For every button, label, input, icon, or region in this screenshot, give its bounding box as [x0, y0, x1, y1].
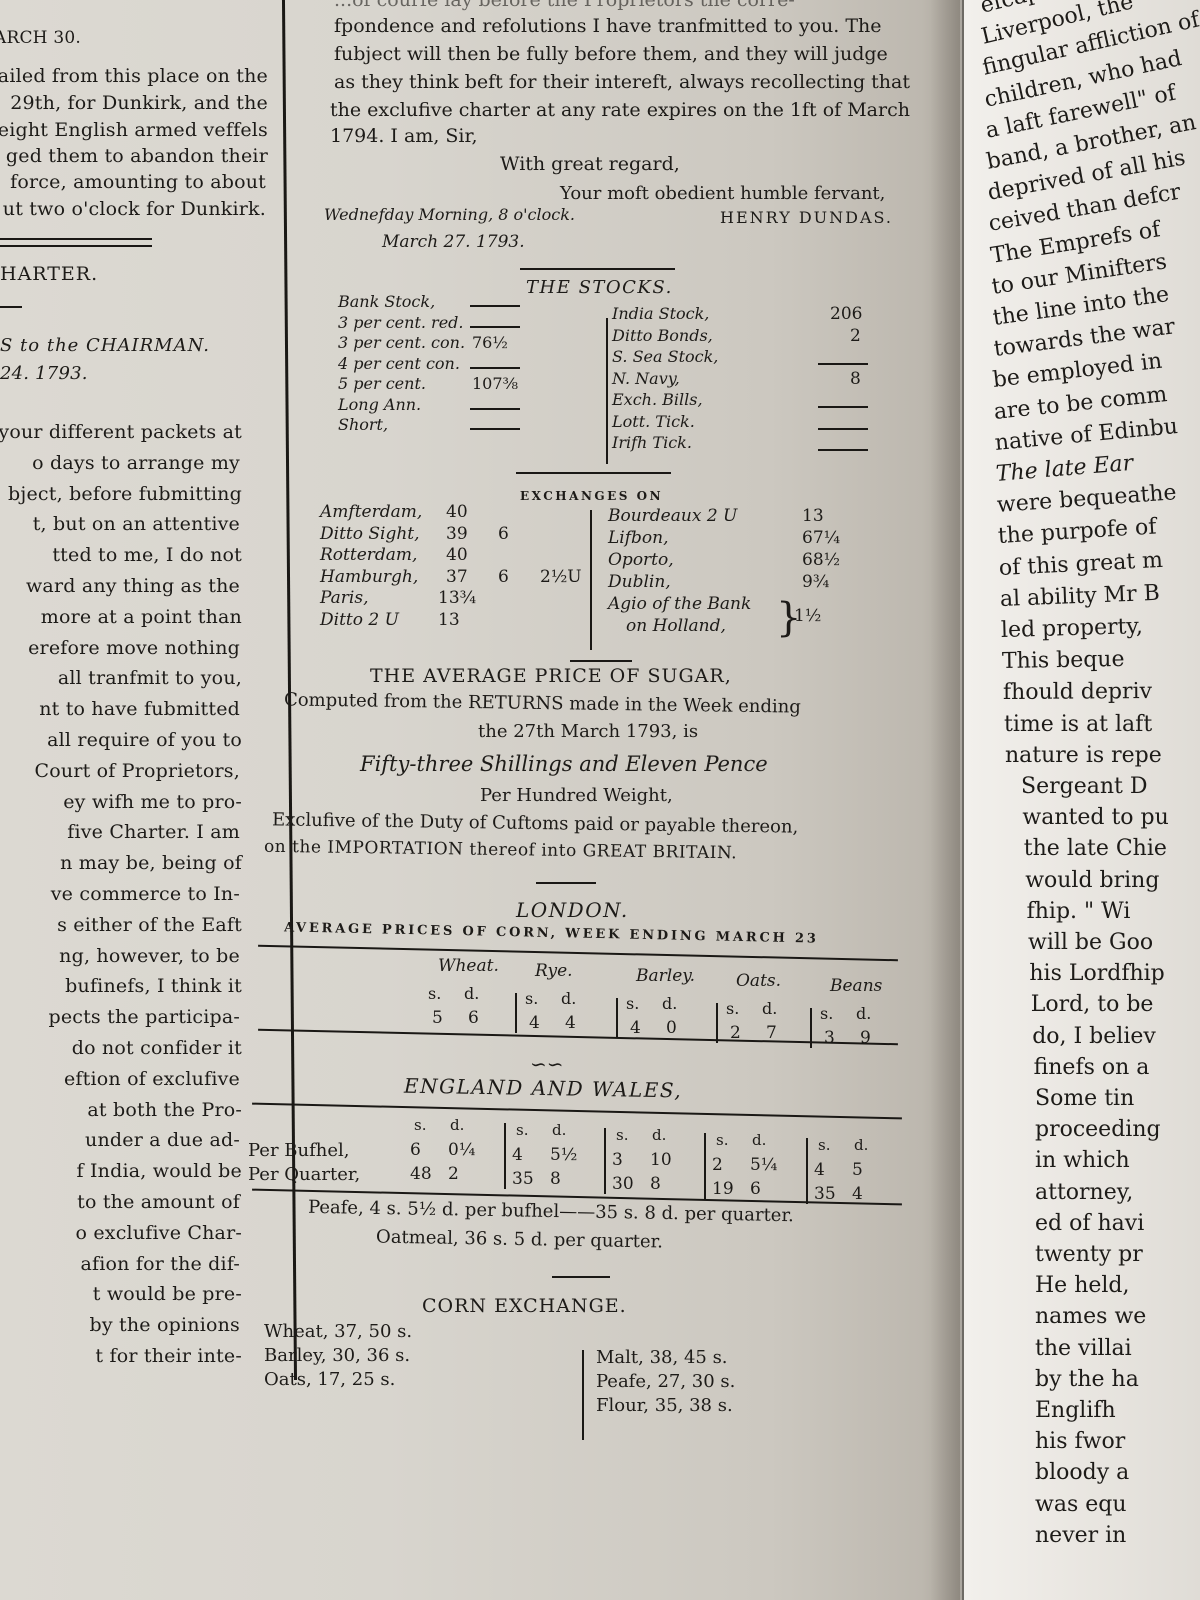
shillings-value: 4: [814, 1160, 825, 1180]
exchange-value: 6: [498, 524, 509, 544]
exchange-place: Agio of the Bank: [608, 594, 751, 614]
unit-pence: d.: [464, 984, 479, 1003]
text-line: bufinefs, I think it: [65, 974, 242, 998]
text-line: his fwor: [1035, 1429, 1125, 1455]
sugar-title: THE AVERAGE PRICE OF SUGAR,: [370, 664, 732, 688]
text-line: more at a point than: [41, 605, 242, 629]
unit-pence: d.: [762, 999, 777, 1018]
stock-value: 107⅜: [472, 374, 518, 393]
grain-header: Oats.: [736, 971, 781, 991]
text-line: The late Ear: [995, 451, 1134, 488]
text-line: n may be, being of: [60, 851, 242, 875]
text-line: proceeding: [1035, 1117, 1161, 1143]
unit-shillings: s.: [820, 1004, 833, 1023]
text-line: ve commerce to In-: [51, 882, 240, 906]
letter-heading: S to the CHAIRMAN.: [0, 334, 210, 358]
exchange-place: Rotterdam,: [320, 545, 417, 565]
text-line: nature is repe: [1005, 743, 1162, 769]
corn-exchange-divider: [582, 1350, 584, 1440]
text-line: o exclufive Char-: [75, 1221, 242, 1245]
stock-name: India Stock,: [612, 304, 709, 323]
exchange-place: Bourdeaux 2 U: [608, 506, 737, 526]
text-line: at both the Pro-: [87, 1098, 242, 1122]
unit-shillings: s.: [516, 1121, 528, 1139]
grain-header: Barley.: [636, 966, 695, 986]
text-line: Sergeant D: [1021, 774, 1147, 800]
exchange-place: Ditto Sight,: [320, 524, 420, 544]
pence-value: 9: [860, 1028, 871, 1048]
letter-line: fubject will then be fully before them, …: [334, 42, 888, 66]
pence-value: 4: [565, 1013, 576, 1033]
text-line: ailed from this place on the: [0, 64, 268, 88]
sugar-unit: Per Hundred Weight,: [480, 784, 673, 808]
shillings-value: 3: [612, 1150, 623, 1170]
text-line: pects the participa-: [48, 1005, 240, 1029]
dateline: ARCH 30.: [0, 26, 81, 50]
exchange-place: Oporto,: [608, 550, 674, 570]
text-line: afion for the dif-: [80, 1252, 240, 1276]
text-line: all tranfmit to you,: [58, 666, 242, 690]
text-line: of this great m: [998, 547, 1163, 581]
stock-name: Bank Stock,: [338, 292, 435, 311]
right-column: efcapedLiverpool, thefingular affliction…: [975, 0, 1200, 1600]
unit-pence: d.: [652, 1126, 666, 1144]
london-top-rule: [536, 882, 596, 884]
pence-value: 5¼: [750, 1155, 777, 1175]
pence-value: 0¼: [448, 1140, 475, 1160]
stock-name: 3 per cent. con.: [338, 333, 465, 352]
exchange-value: 39: [446, 524, 468, 544]
exchange-place: Ditto 2 U: [320, 610, 399, 630]
text-line: s either of the Eaft: [57, 913, 242, 937]
text-line: Court of Proprietors,: [35, 759, 241, 783]
stock-name: 5 per cent.: [338, 374, 426, 393]
corn-exchange-item: Malt, 38, 45 s.: [596, 1346, 728, 1370]
exchange-place: Hamburgh,: [320, 567, 418, 587]
exchange-value: 13: [438, 610, 460, 630]
text-line: the late Chie: [1024, 836, 1167, 862]
corn-exchange-top-rule: [552, 1276, 610, 1278]
text-line: ward any thing as the: [26, 574, 240, 598]
text-line: time is at laft: [1004, 712, 1152, 738]
stock-dash: [470, 367, 520, 369]
text-line: by the ha: [1035, 1367, 1139, 1393]
text-line: t would be pre-: [93, 1282, 242, 1306]
sugar-price: Fifty-three Shillings and Eleven Pence: [360, 752, 768, 776]
text-line: Some tin: [1035, 1086, 1134, 1112]
stock-value: 76½: [472, 333, 508, 352]
corn-exchange-item: Barley, 30, 36 s.: [264, 1344, 410, 1368]
exchange-value: 2½U: [540, 567, 582, 587]
letter-signature: HENRY DUNDAS.: [720, 206, 893, 230]
exchange-place: Paris,: [320, 588, 369, 608]
text-line: eftion of exclufive: [64, 1067, 240, 1091]
corn-exchange-item: Oats, 17, 25 s.: [264, 1368, 395, 1392]
text-line: all require of you to: [47, 728, 242, 752]
unit-pence: d.: [662, 994, 677, 1013]
unit-shillings: s.: [726, 999, 739, 1018]
section-short-rule: [0, 306, 22, 308]
text-line: fhould depriv: [1003, 679, 1152, 706]
text-line: were bequeathe: [996, 480, 1177, 519]
shillings-value: 3: [824, 1028, 835, 1048]
stock-dash: [470, 326, 520, 328]
letter-line: as they think beft for their intereft, a…: [334, 70, 910, 94]
stock-dash: [470, 305, 520, 307]
text-line: bject, before fubmitting: [8, 482, 242, 506]
shillings-value: 4: [512, 1145, 523, 1165]
stocks-divider: [606, 318, 608, 464]
text-line: attorney,: [1035, 1180, 1133, 1206]
shillings-value: 35: [512, 1169, 534, 1189]
pence-value: 0: [666, 1018, 677, 1038]
text-line: will be Goo: [1028, 930, 1153, 956]
table-column-divider: [504, 1123, 506, 1189]
text-line: to the amount of: [77, 1190, 240, 1214]
letter-line: fpondence and refolutions I have tranfmi…: [334, 14, 882, 38]
corn-exchange-item: Peafe, 27, 30 s.: [596, 1370, 735, 1394]
pence-value: 5½: [550, 1145, 577, 1165]
letter-date: March 27. 1793.: [382, 230, 525, 254]
table-column-divider: [716, 1003, 718, 1043]
text-line: ut two o'clock for Dunkirk.: [3, 197, 266, 221]
pence-value: 6: [750, 1179, 761, 1199]
section-title: HARTER.: [0, 262, 98, 286]
text-line: his Lordfhip: [1029, 961, 1164, 987]
letter-closing: With great regard,: [500, 152, 680, 176]
text-line: in which: [1035, 1148, 1130, 1174]
stock-name: Long Ann.: [338, 395, 421, 414]
exchange-place: on Holland,: [626, 616, 726, 636]
text-line: bloody a: [1035, 1460, 1129, 1486]
text-line: nt to have fubmitted: [39, 697, 240, 721]
shillings-value: 5: [432, 1008, 443, 1028]
grain-header: Wheat.: [438, 956, 499, 976]
oatmeal-line: Oatmeal, 36 s. 5 d. per quarter.: [376, 1225, 663, 1254]
stock-name: Lott. Tick.: [612, 412, 695, 431]
text-line: the villai: [1035, 1336, 1132, 1362]
table-column-divider: [616, 998, 618, 1038]
stock-name: 3 per cent. red.: [338, 313, 464, 332]
england-wales-title: ENGLAND AND WALES,: [404, 1074, 683, 1103]
pence-value: 8: [650, 1174, 661, 1194]
stock-dash: [818, 406, 868, 408]
unit-shillings: s.: [626, 994, 639, 1013]
text-line: tted to me, I do not: [52, 543, 242, 567]
sugar-top-rule: [570, 660, 632, 662]
page-gutter-shadow: [930, 0, 962, 1600]
text-line: ged them to abandon their: [6, 144, 268, 168]
stock-name: Short,: [338, 415, 388, 434]
shillings-value: 6: [410, 1140, 421, 1160]
letter-valediction: Your moft obedient humble fervant,: [560, 182, 885, 206]
text-line: t, but on an attentive: [33, 512, 240, 536]
text-line: al ability Mr B: [999, 581, 1160, 613]
stock-name: Exch. Bills,: [612, 390, 703, 409]
text-line: the purpofe of: [997, 515, 1157, 551]
stocks-bottom-rule: [516, 472, 671, 474]
pence-value: 4: [852, 1184, 863, 1204]
stock-dash: [818, 428, 868, 430]
exchange-value: 6: [498, 567, 509, 587]
letter-line: 1794. I am, Sir,: [330, 124, 478, 148]
text-line: erefore move nothing: [28, 636, 240, 660]
text-line: 29th, for Dunkirk, and the: [10, 91, 268, 115]
table-column-divider: [515, 993, 517, 1033]
text-line: do not confider it: [72, 1036, 242, 1060]
text-line: finefs on a: [1034, 1055, 1150, 1081]
exchange-place: Amfterdam,: [320, 502, 422, 522]
text-line: ey wifh me to pro-: [63, 790, 242, 814]
unit-pence: d.: [561, 989, 576, 1008]
stocks-top-rule: [520, 268, 675, 270]
shillings-value: 4: [529, 1013, 540, 1033]
stocks-title: THE STOCKS.: [526, 276, 673, 300]
shillings-value: 4: [630, 1018, 641, 1038]
text-line: fhip. " Wi: [1027, 899, 1131, 925]
pence-value: 5: [852, 1160, 863, 1180]
exchange-value: 37: [446, 567, 468, 587]
grain-header: Rye.: [535, 961, 573, 981]
unit-pence: d.: [552, 1121, 566, 1139]
text-line: force, amounting to about: [10, 170, 266, 194]
stock-name: S. Sea Stock,: [612, 347, 718, 366]
text-line: ng, however, to be: [59, 944, 240, 968]
exchanges-title: EXCHANGES ON: [520, 484, 663, 508]
unit-shillings: s.: [818, 1136, 830, 1154]
text-line: Lord, to be: [1031, 992, 1154, 1018]
london-title: LONDON.: [516, 898, 629, 922]
text-line: He held,: [1035, 1273, 1130, 1299]
text-line: by the opinions: [89, 1313, 240, 1337]
exchange-value: 13¾: [438, 588, 476, 608]
table-column-divider: [704, 1133, 706, 1199]
shillings-value: 19: [712, 1179, 734, 1199]
unit-pence: d.: [752, 1131, 766, 1149]
exchange-value: 68½: [802, 550, 840, 570]
text-line: five Charter. I am: [67, 820, 240, 844]
text-line: twenty pr: [1035, 1242, 1143, 1268]
text-line: was equ: [1035, 1492, 1127, 1518]
unit-pence: d.: [856, 1004, 871, 1023]
text-line: This beque: [1002, 647, 1125, 675]
exchange-place: Dublin,: [608, 572, 671, 592]
stock-name: N. Navy,: [612, 369, 680, 388]
text-line: t for their inte-: [95, 1344, 242, 1368]
unit-shillings: s.: [428, 984, 441, 1003]
unit-pence: d.: [450, 1116, 464, 1134]
brace-icon: }: [776, 598, 801, 638]
unit-pence: d.: [854, 1136, 868, 1154]
stock-value: 206: [830, 304, 862, 324]
stock-dash: [470, 428, 520, 430]
exchange-place: Lifbon,: [608, 528, 669, 548]
exchange-value: 9¾: [802, 572, 829, 592]
text-line: o days to arrange my: [32, 451, 240, 475]
letter-line: the exclufive charter at any rate expire…: [330, 98, 910, 122]
exchange-value: 40: [446, 502, 468, 522]
stock-name: 4 per cent con.: [338, 354, 460, 373]
exchange-value: 40: [446, 545, 468, 565]
exchange-value: 13: [802, 506, 824, 526]
text-line: ed of havi: [1035, 1211, 1144, 1237]
exchange-value: 67¼: [802, 528, 840, 548]
shillings-value: 2: [712, 1155, 723, 1175]
text-line: led property,: [1001, 614, 1144, 644]
text-line: names we: [1035, 1304, 1146, 1330]
pence-value: 6: [468, 1008, 479, 1028]
row-label: Per Bufhel,: [248, 1140, 350, 1161]
unit-shillings: s.: [525, 989, 538, 1008]
stock-name: Irifh Tick.: [612, 433, 692, 452]
shillings-value: 30: [612, 1174, 634, 1194]
text-line: your different packets at: [0, 420, 242, 444]
text-line: would bring: [1025, 868, 1159, 894]
exchanges-divider: [590, 510, 592, 650]
stock-dash: [818, 449, 868, 451]
table-column-divider: [604, 1128, 606, 1194]
sugar-line: the 27th March 1793, is: [478, 720, 698, 744]
table-column-divider: [806, 1138, 808, 1204]
text-line: do, I believ: [1032, 1024, 1156, 1050]
text-line: wanted to pu: [1022, 805, 1168, 831]
pence-value: 8: [550, 1169, 561, 1189]
stock-dash: [818, 363, 868, 365]
letter-dateline: Wednefday Morning, 8 o'clock.: [324, 203, 575, 227]
stock-value: 2: [850, 326, 861, 346]
ornament-icon: ∽∽: [530, 1052, 564, 1076]
grain-header: Beans: [830, 976, 882, 996]
corn-exchange-item: Flour, 35, 38 s.: [596, 1394, 733, 1418]
unit-shillings: s.: [716, 1131, 728, 1149]
text-line: f India, would be: [77, 1159, 243, 1183]
stock-dash: [470, 408, 520, 410]
corn-exchange-item: Wheat, 37, 50 s.: [264, 1320, 412, 1344]
letter-date: 24. 1793.: [0, 362, 88, 386]
unit-shillings: s.: [616, 1126, 628, 1144]
text-line: eight English armed veffels: [0, 118, 268, 142]
stock-value: 8: [850, 369, 861, 389]
pence-value: 2: [448, 1164, 459, 1184]
pence-value: 10: [650, 1150, 672, 1170]
shillings-value: 48: [410, 1164, 432, 1184]
letter-partial-line: ...of courfe lay before the Proprietors …: [334, 0, 795, 12]
section-double-rule: [0, 238, 152, 247]
text-line: never in: [1035, 1523, 1126, 1549]
row-label: Per Quarter,: [248, 1164, 360, 1185]
text-line: under a due ad-: [85, 1128, 240, 1152]
unit-shillings: s.: [414, 1116, 426, 1134]
text-line: Englifh: [1035, 1398, 1116, 1424]
corn-exchange-title: CORN EXCHANGE.: [422, 1294, 627, 1318]
stock-name: Ditto Bonds,: [612, 326, 713, 345]
